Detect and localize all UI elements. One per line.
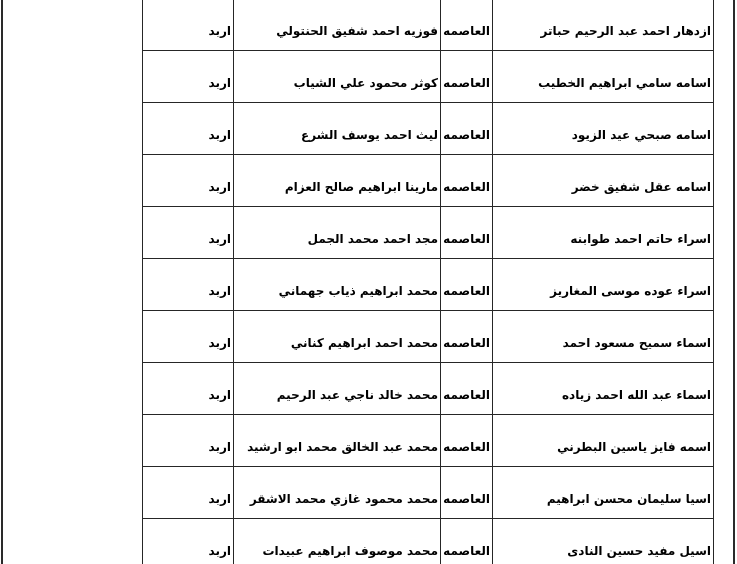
table-row: اسامه سامي ابراهيم الخطيبالعاصمهكوثر محم… — [143, 51, 714, 103]
cell-name-secondary: محمد محمود غازي محمد الاشقر — [234, 467, 441, 519]
cell-city: اربد — [143, 415, 234, 467]
cell-name-secondary: كوثر محمود علي الشياب — [234, 51, 441, 103]
cell-city: اربد — [143, 311, 234, 363]
cell-city: اربد — [143, 207, 234, 259]
cell-governorate: العاصمه — [441, 155, 493, 207]
cell-name-primary: اسماء عبد الله احمد زياده — [493, 363, 714, 415]
cell-governorate: العاصمه — [441, 467, 493, 519]
cell-governorate: العاصمه — [441, 51, 493, 103]
cell-city: اربد — [143, 103, 234, 155]
cell-governorate: العاصمه — [441, 207, 493, 259]
cell-name-secondary: محمد احمد ابراهيم كناني — [234, 311, 441, 363]
cell-city: اربد — [143, 51, 234, 103]
table-row: اسامه صبحي عيد الزيودالعاصمهليث احمد يوس… — [143, 103, 714, 155]
cell-name-primary: اسامه صبحي عيد الزيود — [493, 103, 714, 155]
left-edge-rule — [1, 0, 3, 564]
table-row: اسامه عقل شفيق خضرالعاصمهمارينا ابراهيم … — [143, 155, 714, 207]
cell-name-secondary: محمد موصوف ابراهيم عبيدات — [234, 519, 441, 564]
names-table-container: ازدهار احمد عبد الرحيم حباترالعاصمهفوزيه… — [143, 0, 714, 564]
cell-governorate: العاصمه — [441, 519, 493, 564]
cell-governorate: العاصمه — [441, 103, 493, 155]
cell-city: اربد — [143, 467, 234, 519]
cell-city: اربد — [143, 259, 234, 311]
table-row: اسيا سليمان محسن ابراهيمالعاصمهمحمد محمو… — [143, 467, 714, 519]
cell-name-secondary: محمد عبد الخالق محمد ابو ارشيد — [234, 415, 441, 467]
cell-city: اربد — [143, 155, 234, 207]
cell-city: اربد — [143, 363, 234, 415]
names-table-body: ازدهار احمد عبد الرحيم حباترالعاصمهفوزيه… — [143, 0, 714, 564]
cell-name-primary: اسمه فايز ياسين البطرني — [493, 415, 714, 467]
cell-governorate: العاصمه — [441, 363, 493, 415]
cell-name-primary: اسماء سميح مسعود احمد — [493, 311, 714, 363]
table-row: اسمه فايز ياسين البطرنيالعاصمهمحمد عبد ا… — [143, 415, 714, 467]
document-page: { "page": { "background_color": "#ffffff… — [0, 0, 737, 564]
cell-name-secondary: مجد احمد محمد الجمل — [234, 207, 441, 259]
cell-name-primary: اسامه عقل شفيق خضر — [493, 155, 714, 207]
cell-name-primary: اسراء حاتم احمد طوابنه — [493, 207, 714, 259]
cell-name-primary: ازدهار احمد عبد الرحيم حباتر — [493, 0, 714, 51]
cell-name-primary: اسيل مفيد حسين النادى — [493, 519, 714, 564]
cell-name-primary: اسيا سليمان محسن ابراهيم — [493, 467, 714, 519]
table-row: اسراء عوده موسى المغاريزالعاصمهمحمد ابرا… — [143, 259, 714, 311]
table-row: اسراء حاتم احمد طوابنهالعاصمهمجد احمد مح… — [143, 207, 714, 259]
cell-name-secondary: ليث احمد يوسف الشرع — [234, 103, 441, 155]
cell-name-secondary: مارينا ابراهيم صالح العزام — [234, 155, 441, 207]
right-edge-rule — [733, 0, 735, 564]
cell-name-secondary: محمد خالد ناجي عبد الرحيم — [234, 363, 441, 415]
cell-city: اربد — [143, 519, 234, 564]
cell-name-primary: اسراء عوده موسى المغاريز — [493, 259, 714, 311]
table-row: اسماء عبد الله احمد زيادهالعاصمهمحمد خال… — [143, 363, 714, 415]
names-table: ازدهار احمد عبد الرحيم حباترالعاصمهفوزيه… — [142, 0, 714, 564]
cell-governorate: العاصمه — [441, 311, 493, 363]
cell-name-primary: اسامه سامي ابراهيم الخطيب — [493, 51, 714, 103]
cell-governorate: العاصمه — [441, 259, 493, 311]
cell-governorate: العاصمه — [441, 0, 493, 51]
cell-name-secondary: فوزيه احمد شفيق الحنتولي — [234, 0, 441, 51]
cell-governorate: العاصمه — [441, 415, 493, 467]
table-row: اسماء سميح مسعود احمدالعاصمهمحمد احمد اب… — [143, 311, 714, 363]
cell-name-secondary: محمد ابراهيم ذياب جهماني — [234, 259, 441, 311]
table-row: اسيل مفيد حسين النادىالعاصمهمحمد موصوف ا… — [143, 519, 714, 564]
cell-city: اربد — [143, 0, 234, 51]
table-row: ازدهار احمد عبد الرحيم حباترالعاصمهفوزيه… — [143, 0, 714, 51]
